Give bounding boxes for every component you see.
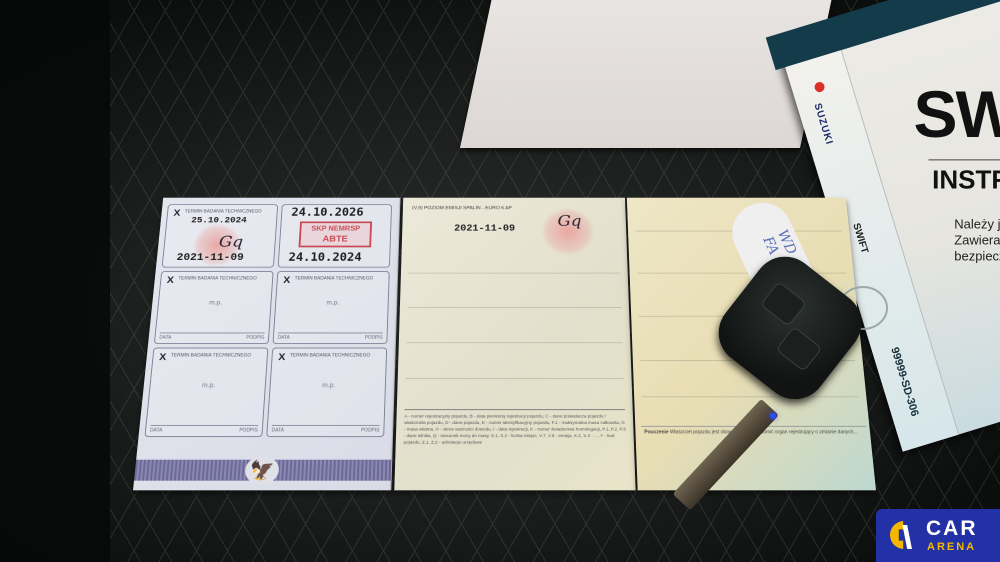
signature-line	[160, 333, 265, 334]
manual-title: SWI	[913, 76, 1000, 152]
document-middle-page: (V.9) POZIOM EMISJI SPALIN - EURO 6 AP 2…	[394, 198, 635, 491]
emission-date-stamp: 2021-11-09	[454, 224, 515, 234]
inspection-cell-2: 24.10.2026 SKP NEMRSP ABTE 24.10.2024	[278, 204, 392, 267]
cell-marker: X	[278, 352, 286, 363]
stamp-place-label: m.p.	[322, 383, 336, 389]
lock-button-icon	[760, 281, 807, 327]
date-label: DATA	[277, 335, 289, 340]
manual-subtitle: INSTRU	[932, 165, 1000, 196]
stamp-place-label: m.p.	[209, 300, 222, 306]
form-line	[407, 307, 621, 308]
stamp-place-label: m.p.	[202, 383, 216, 389]
handwritten-next-date: 24.10.2026	[291, 207, 364, 219]
instructions-label: Pouczenie	[644, 430, 669, 436]
document-left-page: X TERMIN BADANIA TECHNICZNEGO 25.10.2024…	[133, 198, 401, 491]
date-label: DATA	[150, 428, 163, 434]
car-arena-mark-icon	[890, 521, 912, 549]
unlock-button-icon	[776, 326, 823, 372]
car-arena-logo: CAR ARENA	[876, 509, 1000, 562]
manual-divider	[928, 159, 1000, 160]
cell-marker: X	[283, 275, 291, 285]
logo-text-car: CAR	[926, 517, 978, 541]
inspection-date-stamp: 2021-11-09	[176, 252, 244, 264]
signature: Gq	[218, 233, 243, 251]
signature-label: PODPIS	[246, 335, 264, 340]
date-label: DATA	[159, 335, 172, 340]
inspection-cell-3: X TERMIN BADANIA TECHNICZNEGO m.p. DATA …	[154, 271, 274, 344]
handwritten-inspection-date: 24.10.2024	[288, 252, 362, 265]
cell-header: TERMIN BADANIA TECHNICZNEGO	[290, 353, 370, 358]
form-line	[405, 378, 623, 379]
stamp-place-label: m.p.	[326, 300, 339, 306]
inspection-cell-6: X TERMIN BADANIA TECHNICZNEGO m.p. DATA …	[266, 348, 387, 437]
cell-header: TERMIN BADANIA TECHNICZNEGO	[171, 353, 252, 358]
signature: Gq	[557, 212, 581, 229]
signature-line	[278, 333, 383, 334]
inspection-cell-1: X TERMIN BADANIA TECHNICZNEGO 25.10.2024…	[162, 204, 279, 267]
field-legend-text: A - numer rejestracyjny pojazdu, B - dat…	[404, 413, 629, 446]
white-booklet	[460, 0, 834, 148]
manual-part-number: 99999-SD-306	[888, 346, 920, 418]
manual-brand: SUZUKI	[812, 102, 835, 147]
manual-spine-model: SWIFT	[850, 222, 870, 255]
logo-text-arena: ARENA	[927, 541, 976, 553]
form-line	[408, 273, 620, 274]
cell-header: TERMIN BADANIA TECHNICZNEGO	[178, 276, 257, 281]
signature-label: PODPIS	[361, 428, 380, 434]
cell-marker: X	[173, 208, 181, 218]
seat-shadow	[0, 0, 110, 562]
cell-marker: X	[159, 352, 167, 363]
inspection-cell-4: X TERMIN BADANIA TECHNICZNEGO m.p. DATA …	[272, 271, 389, 344]
suzuki-logo-icon	[813, 81, 825, 93]
form-line	[642, 396, 859, 397]
form-line	[406, 342, 622, 343]
form-line	[405, 409, 625, 410]
cell-header: TERMIN BADANIA TECHNICZNEGO	[295, 276, 374, 281]
date-label: DATA	[271, 428, 284, 434]
signature-line	[272, 425, 380, 426]
signature-label: PODPIS	[365, 335, 383, 340]
key-led-icon	[770, 413, 776, 419]
manual-note: Należy ją zaZawiera wabezpiecze	[954, 216, 1000, 264]
inspection-cell-5: X TERMIN BADANIA TECHNICZNEGO m.p. DATA …	[144, 348, 268, 437]
cell-marker: X	[166, 275, 174, 285]
signature-line	[150, 425, 258, 426]
cell-header: TERMIN BADANIA TECHNICZNEGO	[185, 209, 262, 214]
emission-level-header: (V.9) POZIOM EMISJI SPALIN - EURO 6 AP	[412, 206, 512, 211]
signature-label: PODPIS	[239, 428, 258, 434]
station-stamp: SKP NEMRSP ABTE	[299, 222, 373, 248]
